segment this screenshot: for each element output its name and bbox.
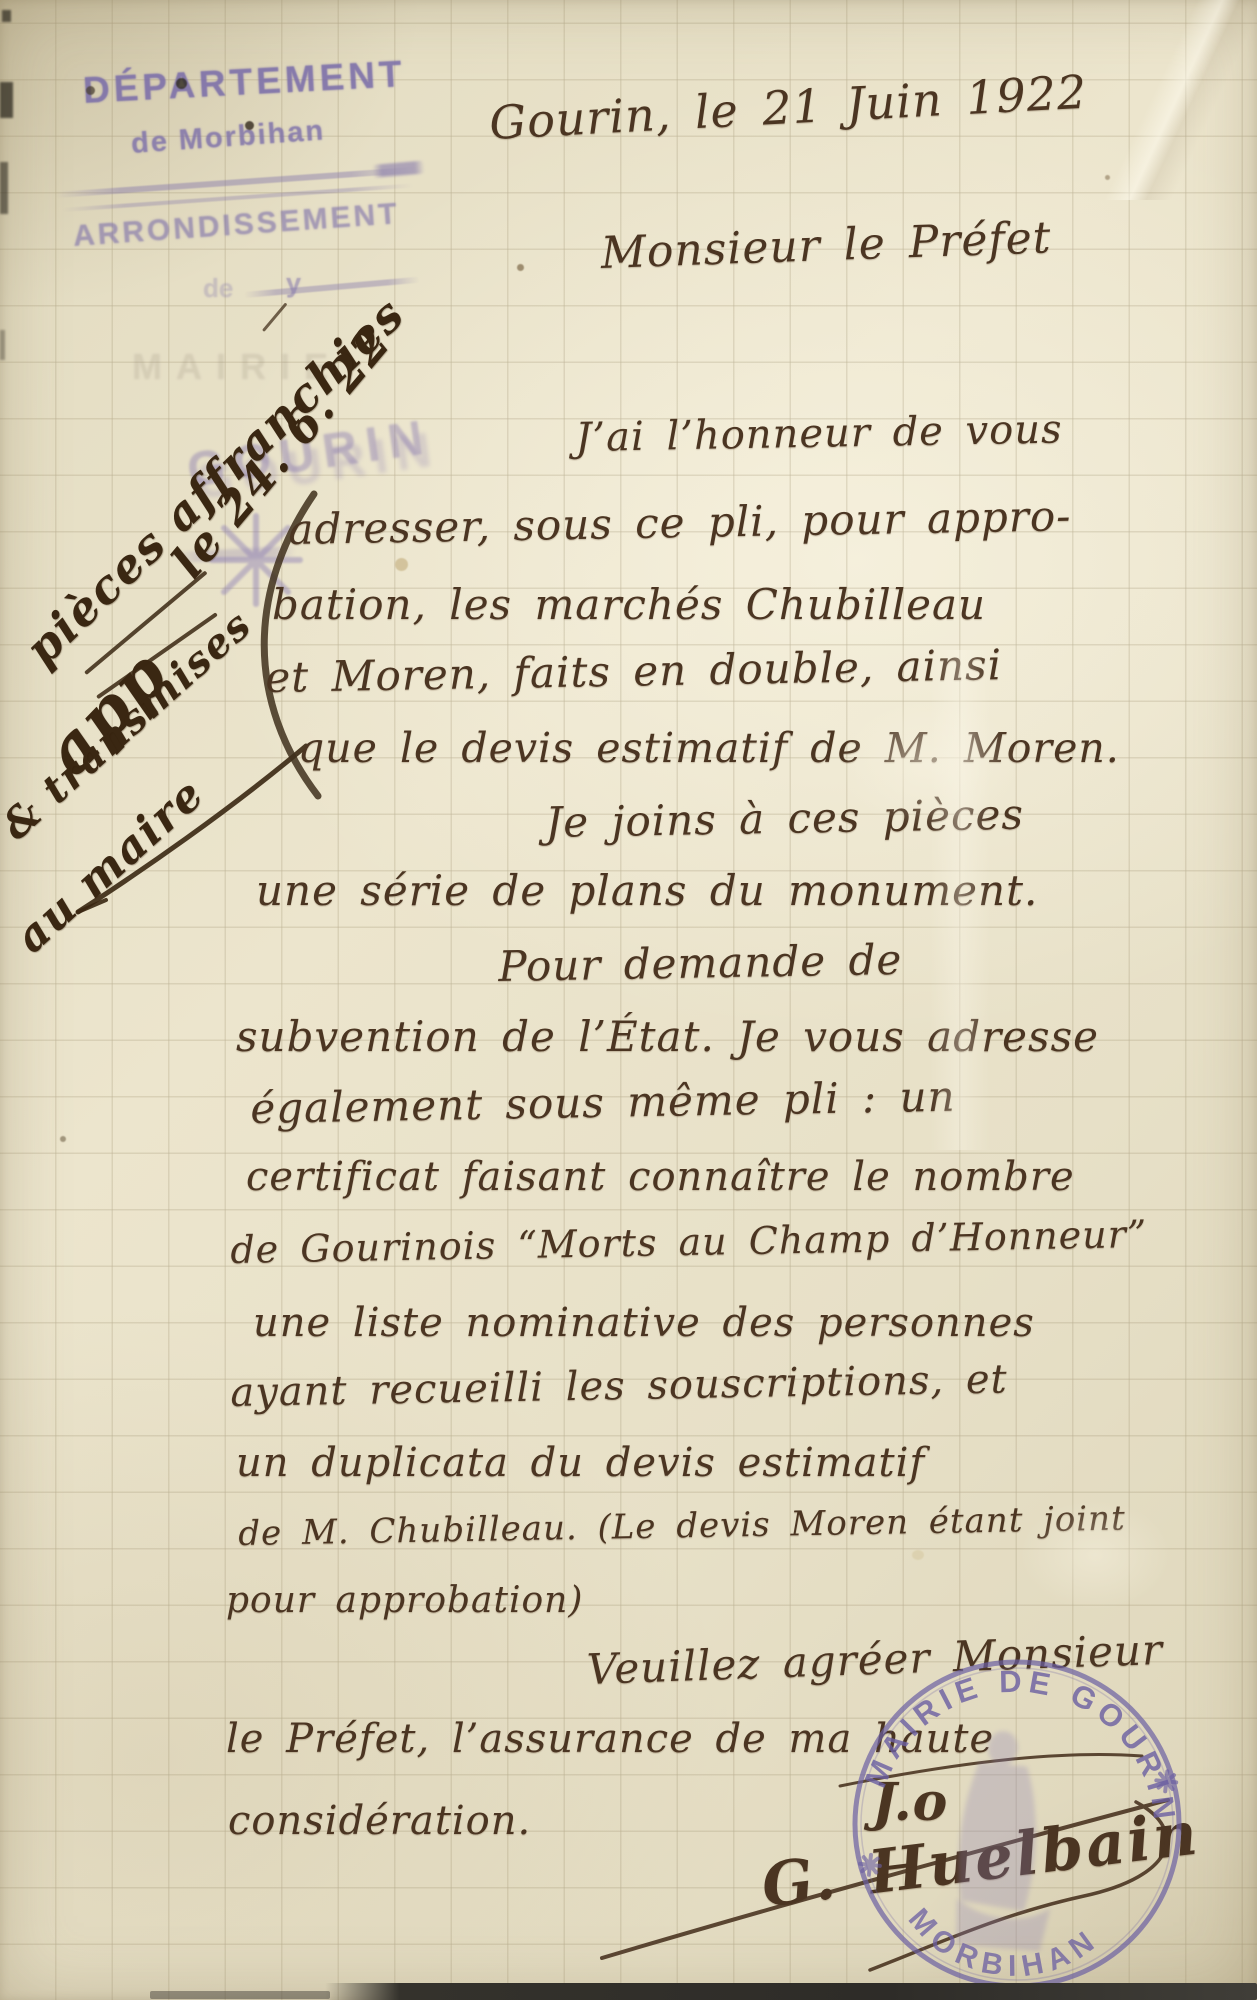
seal-star-icon [859,1854,881,1876]
edge-ink-mark [0,330,5,360]
letter-body-line: une série de plans du monument. [256,866,1038,915]
letter-body-line: de Gourinois “Morts au Champ d’Honneur” [230,1212,1148,1272]
stamp-smear-line [55,167,417,198]
letter-body-line: ayant recueilli les souscriptions, et [230,1356,1008,1416]
letter-salutation: Monsieur le Préfet [600,212,1052,279]
letter-dateline: Gourin, le 21 Juin 1922 [488,65,1088,150]
letter-body-line: certificat faisant connaître le nombre [246,1154,1075,1200]
paper-speck [912,1550,924,1560]
edge-ink-mark [0,162,8,214]
scan-edge-strip [150,1991,330,1999]
stamp-smear-blob [372,160,425,177]
paper-speck [1105,175,1110,180]
scan-edge-strip [325,1983,1257,2000]
letter-body-line: Je joins à ces pièces [545,790,1024,847]
edge-ink-mark [0,82,13,118]
letter-body-line: bation, les marchés Chubilleau [272,580,986,629]
letter-body-line: de M. Chubilleau. (Le devis Moren étant … [238,1499,1126,1554]
letter-body-line: Pour demande de [498,935,903,991]
letter-body-line: également sous même pli : un [250,1072,956,1133]
scanned-letter-page: DÉPARTEMENT de Morbihan ARRONDISSEMENT d… [0,0,1257,2000]
letter-body-line: une liste nominative des personnes [253,1300,1035,1346]
paper-speck [176,78,187,89]
letter-body-line: que le devis estimatif de M. Moren. [298,724,1120,772]
letter-body-line: adresser, sous ce pli, pour appro- [288,491,1072,554]
arrondissement-y-fragment: y [286,268,301,299]
stamp-smear-line [244,277,420,298]
letter-body-line: subvention de l’État. Je vous adresse [236,1012,1099,1061]
department-name-stamp-line: de Morbihan [130,114,326,160]
paper-speck [517,264,524,271]
arrondissement-de-fragment: de [203,273,233,304]
letter-body-line: un duplicata du devis estimatif [236,1440,925,1486]
department-stamp-line: DÉPARTEMENT [82,53,407,112]
letter-body-line: pour approbation) [226,1580,583,1621]
mairie-round-seal: MAIRIE DE GOURIN MORBIHAN [845,1652,1189,1996]
edge-ink-mark [2,10,11,22]
pen-tick-mark [262,302,287,332]
paper-speck [395,558,408,571]
paper-speck [60,1136,66,1142]
letter-body-line: considération. [228,1798,531,1844]
seal-center-figure [949,1728,1068,1954]
letter-body-line: J’ai l’honneur de vous [575,406,1063,460]
seal-star-icon [1155,1770,1177,1792]
letter-body-line: et Moren, faits en double, ainsi [265,640,1002,702]
paper-speck [245,121,254,130]
paper-speck [86,86,95,95]
